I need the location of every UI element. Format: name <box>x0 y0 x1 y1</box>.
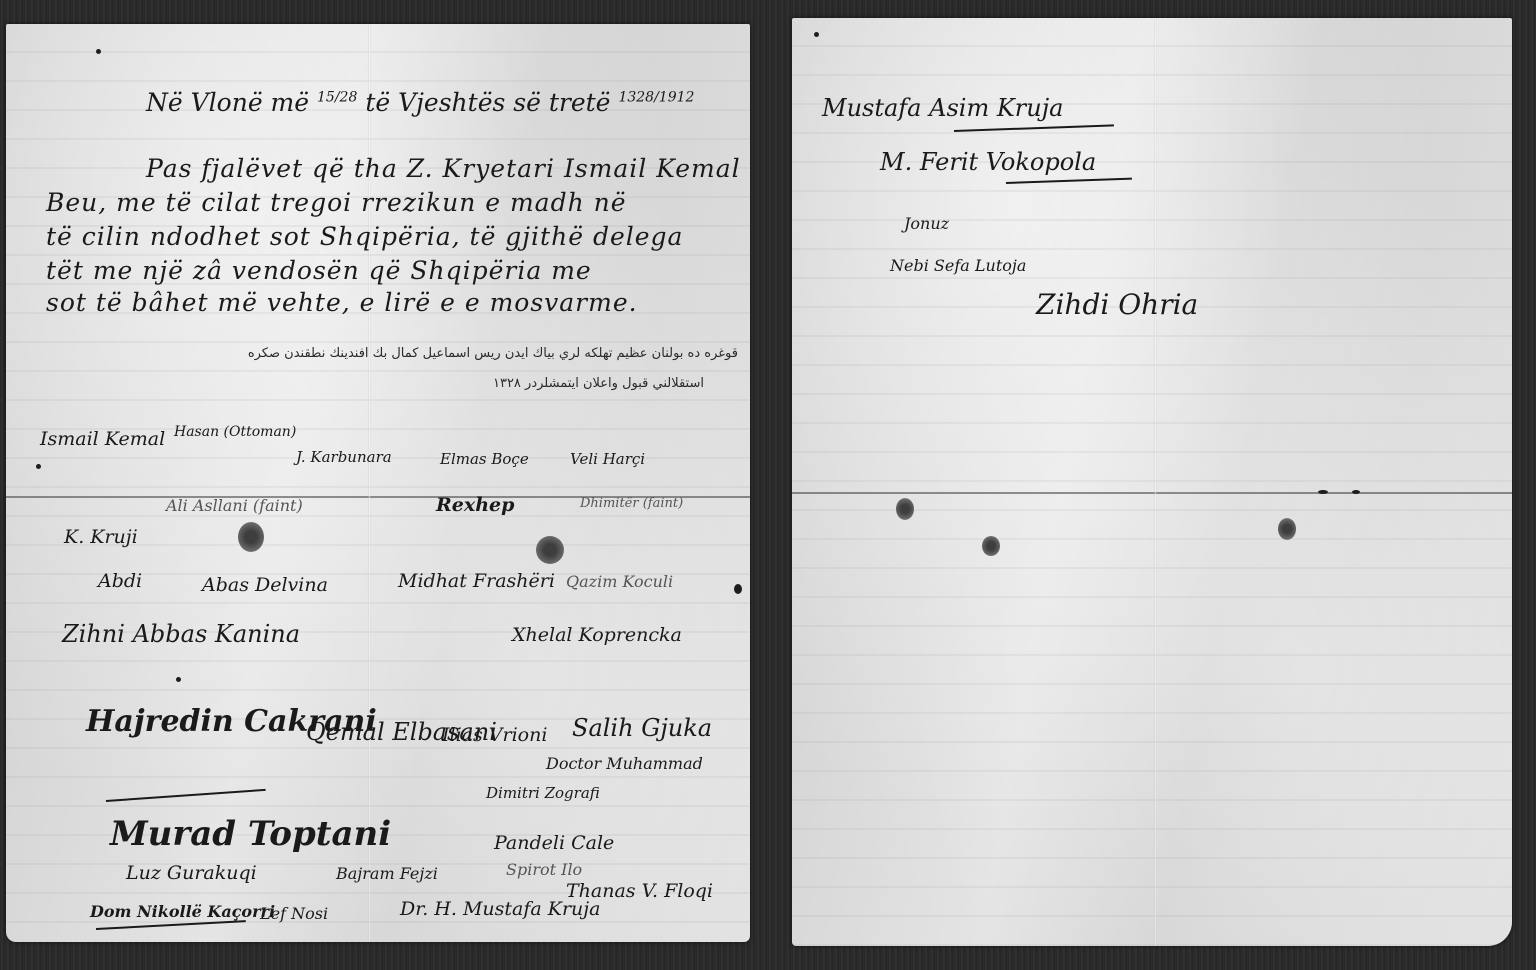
signature: Xhelal Koprencka <box>512 624 682 646</box>
signature: M. Ferit Vokopola <box>880 148 1096 176</box>
signature: Mustafa Asim Kruja <box>822 94 1063 122</box>
ink-dot <box>36 464 41 469</box>
signature: Nebi Sefa Lutoja <box>890 256 1026 275</box>
vertical-fold <box>1154 18 1157 946</box>
signature: Dhimitër (faint) <box>580 496 683 511</box>
signature: Murad Toptani <box>110 814 391 854</box>
signature: Qazim Koculi <box>566 572 673 591</box>
signature: Abdi <box>98 570 142 592</box>
signature: Ismail Kemal <box>40 428 165 450</box>
ink-dot <box>1352 490 1360 494</box>
ink-dot <box>814 32 819 37</box>
heading-month: të Vjeshtës së tretë <box>365 88 610 117</box>
body-line: Pas fjalëvet që tha Z. Kryetari Ismail K… <box>146 154 741 183</box>
signature: Bajram Fejzi <box>336 864 438 883</box>
ottoman-text-line: استقلالني قبول واعلان ايتمشلردر ۱۳۲۸ <box>493 376 704 391</box>
body-line: sot të bâhet më vehte, e lirë e e mosvar… <box>46 288 638 317</box>
body-line: tët me një zâ vendosën që Shqipëria me <box>46 256 592 285</box>
heading-day: 15/28 <box>317 90 357 106</box>
signature: Veli Harçi <box>570 450 645 468</box>
signature: Jonuz <box>904 214 949 233</box>
body-line: Beu, me të cilat tregoi rrezikun e madh … <box>46 188 627 217</box>
document-page-left: Në Vlonë më 15/28 të Vjeshtës së tretë 1… <box>6 24 750 942</box>
ink-stain <box>982 536 1000 556</box>
ink-stain <box>896 498 914 520</box>
signature-underline <box>96 920 246 930</box>
heading-place: Në Vlonë më <box>146 88 309 117</box>
signature-underline <box>1006 178 1132 184</box>
signature: Dr. H. Mustafa Kruja <box>400 898 601 920</box>
signature: Pandeli Cale <box>494 832 614 854</box>
signature: Midhat Frashëri <box>398 570 555 592</box>
signature-flourish <box>106 789 266 802</box>
signature: Dom Nikollë Kaçorri <box>90 902 275 921</box>
signature: Luz Gurakuqi <box>126 862 257 884</box>
signature: Ilias Vrioni <box>442 724 547 746</box>
heading-year: 1328/1912 <box>618 90 694 106</box>
ink-stain <box>238 522 264 552</box>
signature: Rexhep <box>436 494 514 516</box>
signature: Salih Gjuka <box>572 714 712 742</box>
horizontal-fold <box>792 492 1512 494</box>
signature: Zihni Abbas Kanina <box>62 620 300 648</box>
signature: Ali Asllani (faint) <box>166 496 303 515</box>
ink-dot <box>1318 490 1328 494</box>
ink-dot <box>734 584 742 594</box>
signature: Dimitri Zografi <box>486 784 600 802</box>
signature: Zihdi Ohria <box>1036 288 1198 321</box>
ottoman-text-line: قوغره ده بولنان عظيم تهلكه لري بياك ايدن… <box>248 346 738 361</box>
signature: J. Karbunara <box>296 448 392 466</box>
signature: Lef Nosi <box>260 904 328 923</box>
signature: Hasan (Ottoman) <box>174 424 296 440</box>
document-page-right: Mustafa Asim Kruja M. Ferit Vokopola Jon… <box>792 18 1512 946</box>
signature: Doctor Muhammad <box>546 754 703 773</box>
document-heading: Në Vlonë më 15/28 të Vjeshtës së tretë 1… <box>146 88 694 117</box>
signature: Spirot Ilo <box>506 860 582 879</box>
body-line: të cilin ndodhet sot Shqipëria, të gjith… <box>46 222 683 251</box>
signature: K. Kruji <box>64 526 138 548</box>
ink-dot <box>176 677 181 682</box>
signature: Abas Delvina <box>202 574 328 596</box>
signature: Elmas Boçe <box>440 450 529 468</box>
signature-underline <box>954 124 1114 132</box>
ink-stain <box>1278 518 1296 540</box>
ink-dot <box>96 49 101 54</box>
ink-stain <box>536 536 564 564</box>
